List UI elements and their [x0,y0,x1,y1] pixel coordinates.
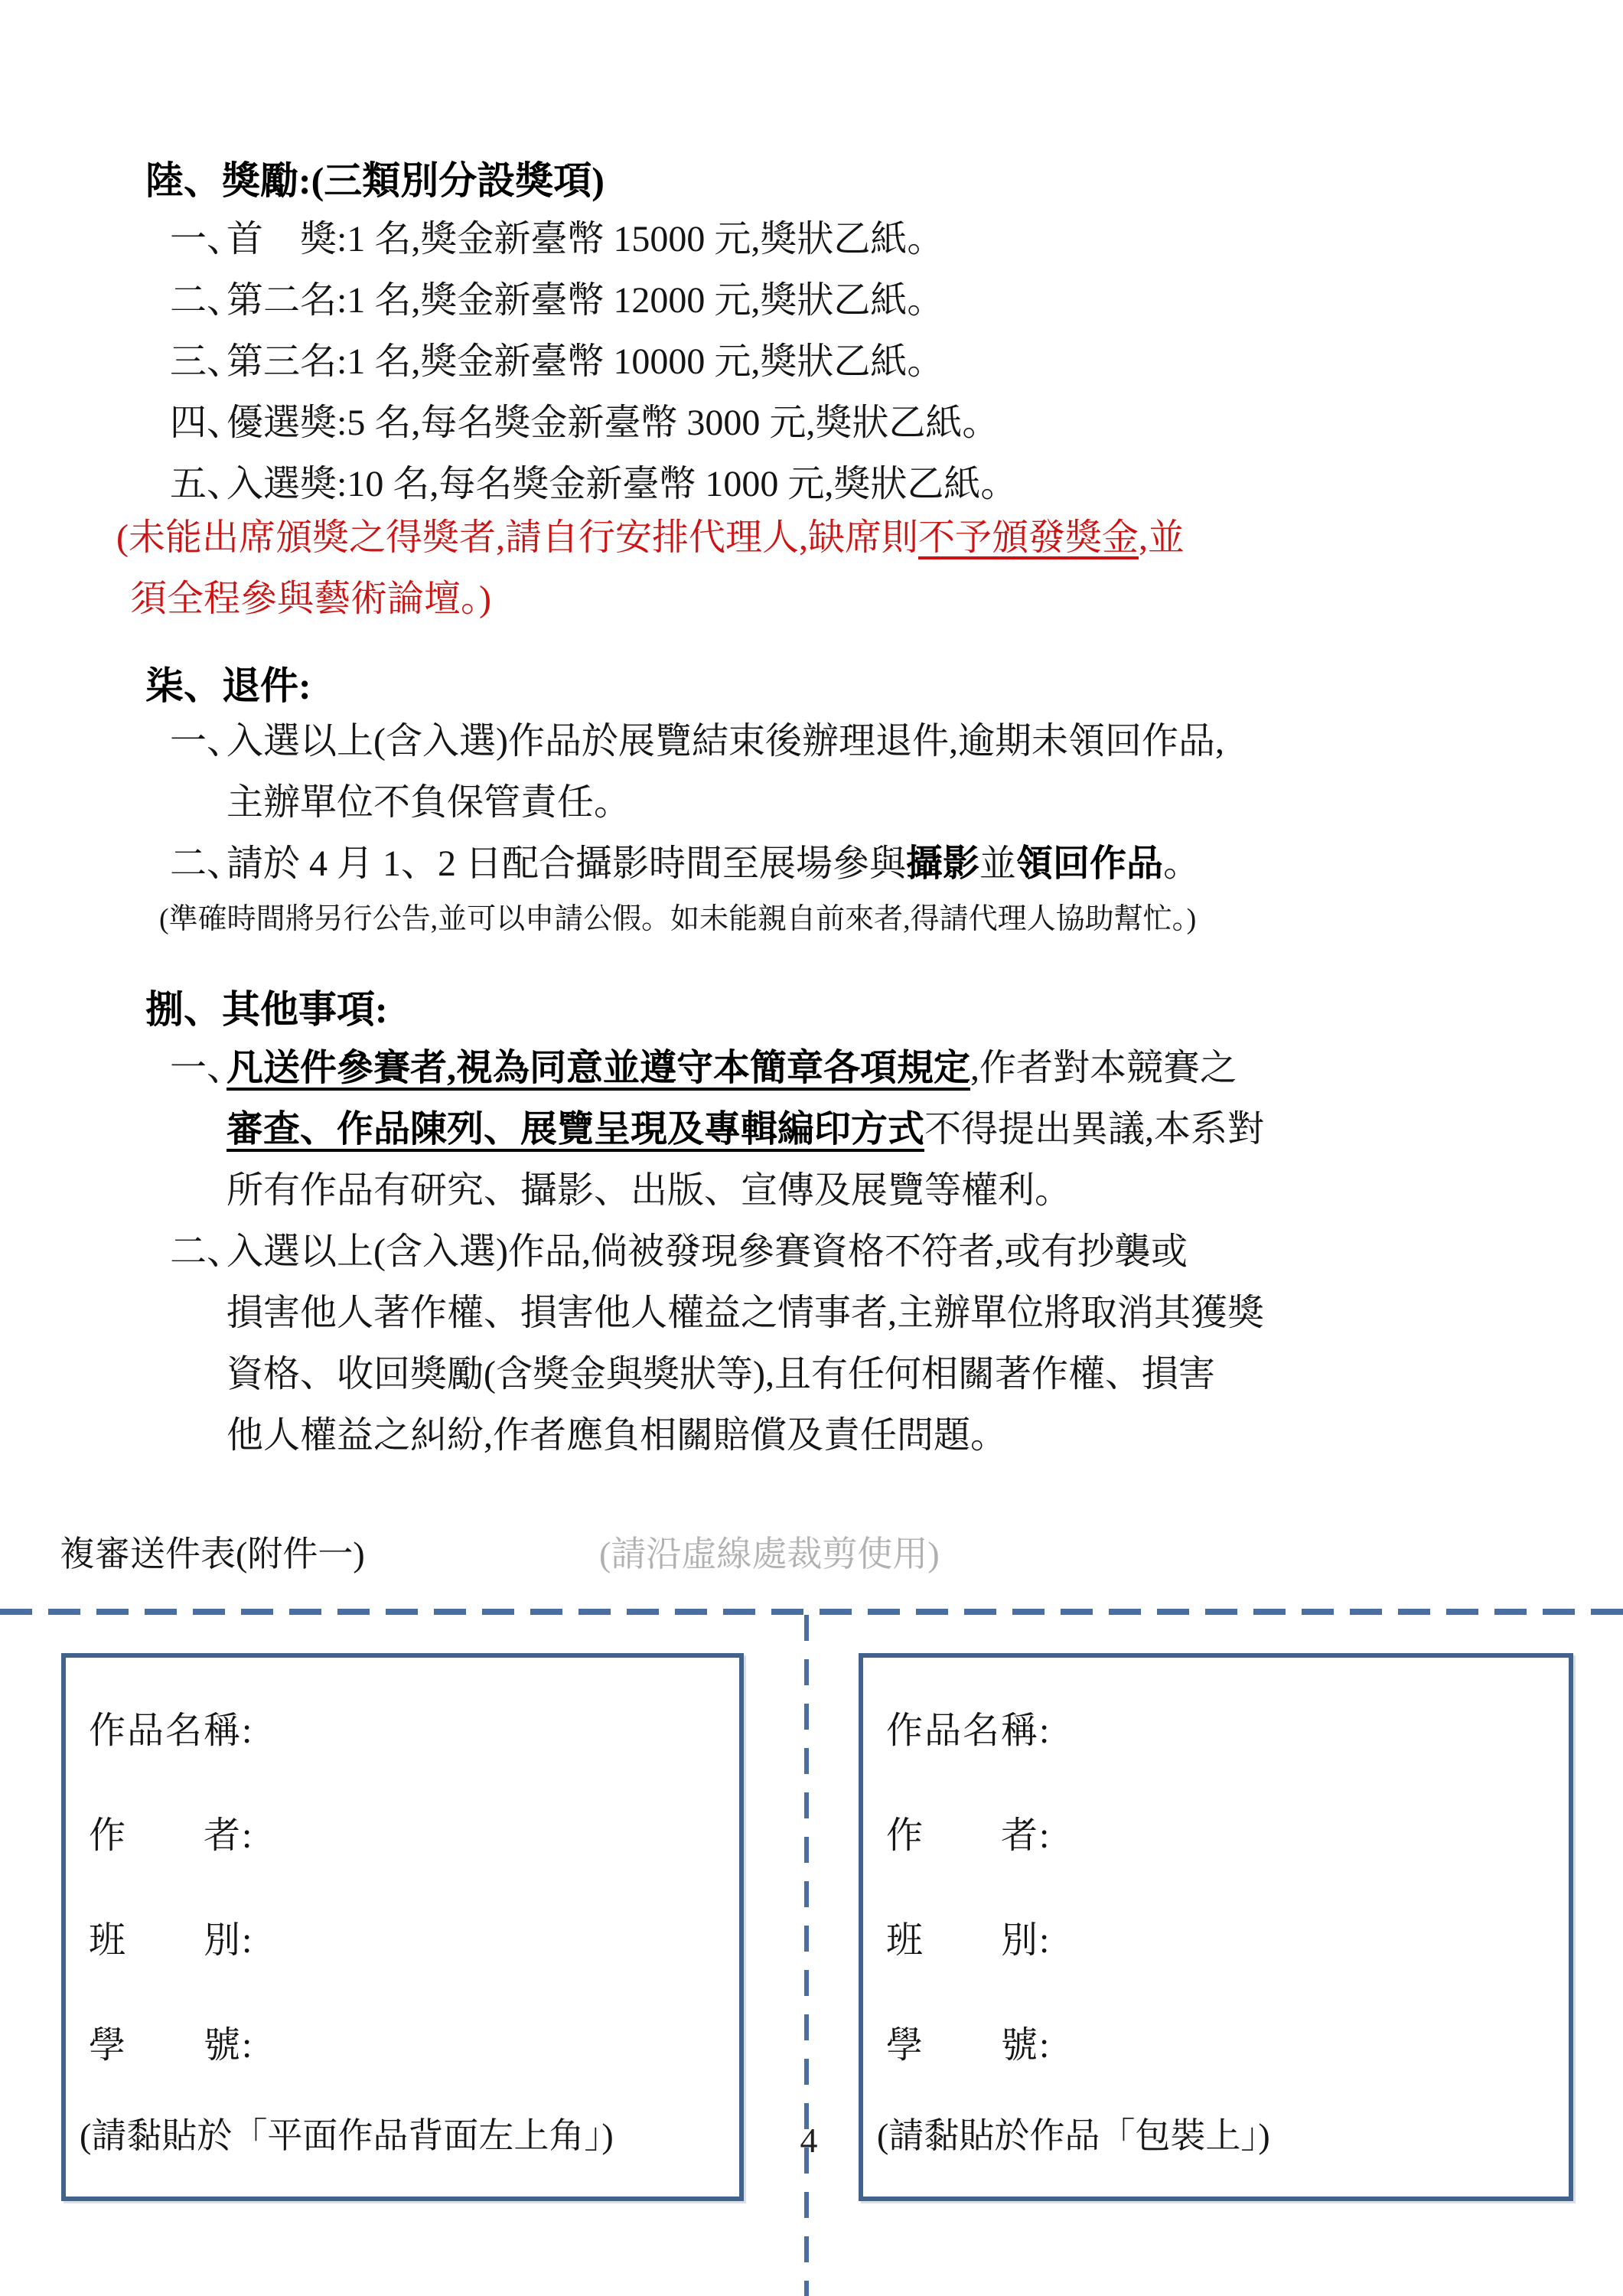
return-item-bold-pickup: 領回作品 [1016,843,1163,884]
other-item-text: ,作者對本競賽之 [970,1048,1237,1088]
vertical-cut-dashed-line [804,1615,809,2296]
award-item-text: 第三名:1 名,獎金新臺幣 10000 元,獎狀乙紙。 [227,341,943,382]
submission-card-left: 作品名稱: 作 者: 班 別: 學 號: (請黏貼於「平面作品背面左上角」) [61,1653,744,2201]
award-item-1: 一、首 獎:1 名,獎金新臺幣 15000 元,獎狀乙紙。 [170,218,943,260]
return-item-1-line-1: 一、入選以上(含入選)作品於展覽結束後辦理退件,逾期未領回作品, [170,720,1224,762]
award-item-text: 第二名:1 名,獎金新臺幣 12000 元,獎狀乙紙。 [227,280,943,321]
field-artwork-title: 作品名稱: [89,1701,253,1753]
awards-heading: 陸、獎勵:(三類別分設獎項) [145,159,605,204]
card-paste-note-left: (請黏貼於「平面作品背面左上角」) [80,2108,614,2158]
return-item-bold-photo: 攝影 [906,843,979,884]
attachment-label: 複審送件表(附件一) [60,1534,365,1575]
list-marker: 二、 [170,1231,227,1273]
other-item-2-line-3: 資格、收回獎勵(含獎金與獎狀等),且有任何相關著作權、損害 [227,1353,1215,1395]
list-marker: 五、 [170,463,227,505]
field-author: 作 者: [886,1805,1051,1858]
other-item-text: 入選以上(含入選)作品,倘被發現參賽資格不符者,或有抄襲或 [227,1231,1188,1272]
list-marker: 一、 [170,1047,227,1089]
other-item-1-bold-underline: 凡送件參賽者,視為同意並遵守本簡章各項規定 [227,1048,970,1088]
other-item-2-line-1: 二、入選以上(含入選)作品,倘被發現參賽資格不符者,或有抄襲或 [170,1231,1188,1273]
return-heading: 柒、退件: [145,664,311,709]
document-page: 陸、獎勵:(三類別分設獎項) 一、首 獎:1 名,獎金新臺幣 15000 元,獎… [0,0,1623,2296]
list-marker: 二、 [170,279,227,321]
list-marker: 一、 [170,218,227,260]
red-warning-text: ,並 [1139,517,1185,558]
red-warning-text: (未能出席頒獎之得獎者,請自行安排代理人,缺席則 [116,517,918,558]
submission-card-right: 作品名稱: 作 者: 班 別: 學 號: (請黏貼於作品「包裝上」) [859,1653,1573,2201]
card-paste-note-right: (請黏貼於作品「包裝上」) [877,2108,1270,2158]
field-class: 班 別: [886,1910,1051,1963]
list-marker: 二、 [170,843,227,885]
award-item-3: 三、第三名:1 名,獎金新臺幣 10000 元,獎狀乙紙。 [170,341,943,383]
return-item-text: 請於 4 月 1、2 日配合攝影時間至展場參與 [227,843,906,884]
other-item-1-line-2: 審查、作品陳列、展覽呈現及專輯編印方式不得提出異議,本系對 [227,1108,1264,1150]
return-item-2: 二、請於 4 月 1、2 日配合攝影時間至展場參與攝影並領回作品。 [170,843,1200,885]
list-marker: 四、 [170,402,227,444]
other-item-1-bold-underline: 審查、作品陳列、展覽呈現及專輯編印方式 [227,1109,924,1150]
return-small-note: (準確時間將另行公告,並可以申請公假。如未能親自前來者,得請代理人協助幫忙。) [159,903,1196,937]
field-artwork-title: 作品名稱: [886,1701,1051,1753]
other-item-1-line-3: 所有作品有研究、攝影、出版、宣傳及展覽等權利。 [227,1169,1071,1212]
red-warning-line-2: 須全程參與藝術論壇。) [130,578,491,620]
field-student-id: 學 號: [886,2015,1051,2068]
award-item-text: 首 獎:1 名,獎金新臺幣 15000 元,獎狀乙紙。 [227,219,943,259]
return-item-1-line-2: 主辦單位不負保管責任。 [227,781,631,823]
return-item-text: 入選以上(含入選)作品於展覽結束後辦理退件,逾期未領回作品, [227,721,1224,762]
award-item-text: 入選獎:10 名,每名獎金新臺幣 1000 元,獎狀乙紙。 [227,464,1017,504]
field-class: 班 別: [89,1910,253,1963]
award-item-5: 五、入選獎:10 名,每名獎金新臺幣 1000 元,獎狀乙紙。 [170,463,1017,505]
award-item-2: 二、第二名:1 名,獎金新臺幣 12000 元,獎狀乙紙。 [170,279,943,321]
red-warning-line-1: (未能出席頒獎之得獎者,請自行安排代理人,缺席則不予頒發獎金,並 [116,517,1185,559]
field-author: 作 者: [89,1805,253,1858]
other-item-2-line-4: 他人權益之糾紛,作者應負相關賠償及責任問題。 [227,1414,1007,1456]
list-marker: 一、 [170,720,227,762]
return-item-text: 。 [1163,843,1200,884]
other-heading: 捌、其他事項: [145,988,388,1032]
award-item-text: 優選獎:5 名,每名獎金新臺幣 3000 元,獎狀乙紙。 [227,403,999,443]
horizontal-cut-dashed-line [0,1609,1623,1615]
other-item-1-line-1: 一、凡送件參賽者,視為同意並遵守本簡章各項規定,作者對本競賽之 [170,1047,1237,1089]
other-item-text: 不得提出異議,本系對 [924,1109,1264,1150]
cut-along-line-note: (請沿虛線處裁剪使用) [599,1534,940,1575]
return-item-text: 並 [979,843,1016,884]
red-warning-underlined: 不予頒發獎金 [918,517,1139,558]
award-item-4: 四、優選獎:5 名,每名獎金新臺幣 3000 元,獎狀乙紙。 [170,402,999,444]
other-item-2-line-2: 損害他人著作權、損害他人權益之情事者,主辦單位將取消其獲獎 [227,1292,1264,1334]
list-marker: 三、 [170,341,227,383]
field-student-id: 學 號: [89,2015,253,2068]
page-number: 4 [791,2120,826,2161]
